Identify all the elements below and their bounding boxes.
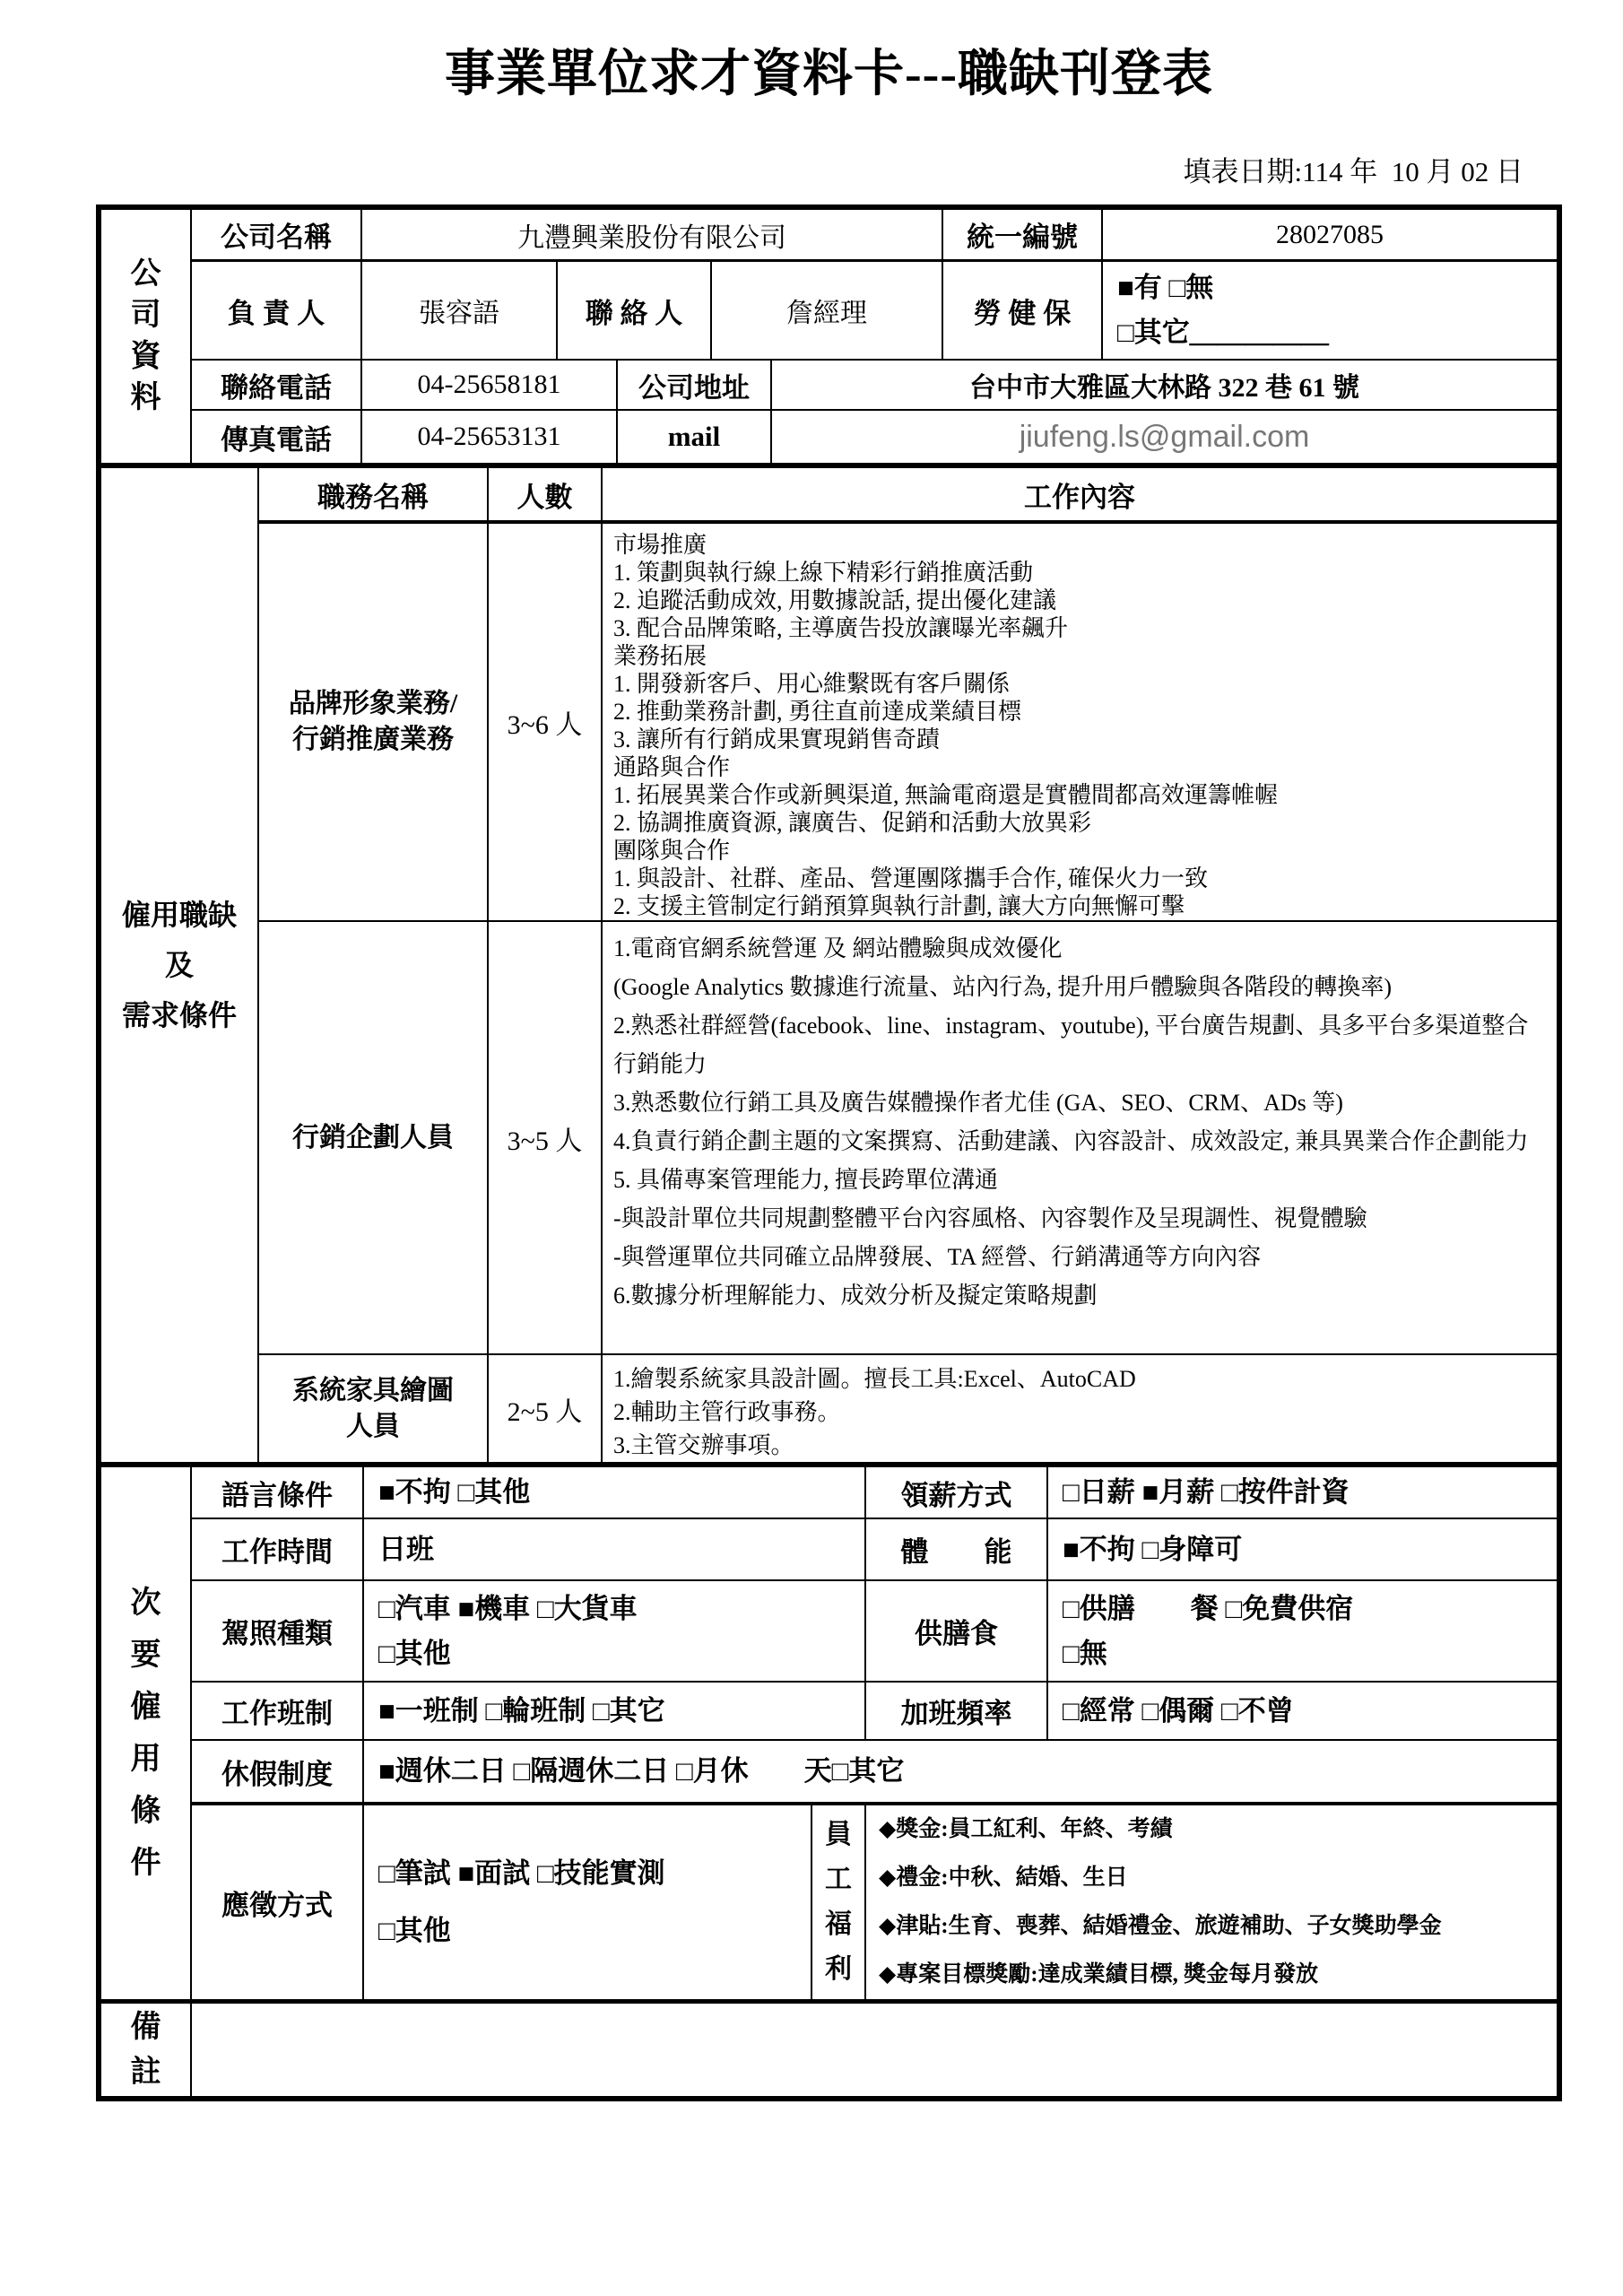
job-1-content: 市場推廣1. 策劃與執行線上線下精彩行銷推廣活動2. 追蹤活動成效, 用數據說話… <box>602 522 1557 921</box>
contact-value: 詹經理 <box>711 261 942 361</box>
content-line: 5. 具備專案管理能力, 擅長跨單位溝通 <box>613 1161 1548 1199</box>
content-line: 3. 配合品牌策略, 主導廣告投放讓曝光率飆升 <box>613 614 1548 642</box>
content-line: -與設計單位共同規劃整體平台內容風格、內容製作及呈現調性、視覺體驗 <box>613 1199 1548 1238</box>
content-line: 2. 協調推廣資源, 讓廣告、促銷和活動大放異彩 <box>613 809 1548 837</box>
meals-label: 供膳食 <box>865 1580 1047 1682</box>
content-line: ◆專案目標獎勵:達成業績目標, 獎金每月發放 <box>879 1951 1548 1999</box>
fax-value: 04-25653131 <box>361 410 617 463</box>
overtime-label: 加班頻率 <box>865 1682 1047 1740</box>
welfare-list: ◆獎金:員工紅利、年終、考績◆禮金:中秋、結婚、生日◆津貼:生育、喪葬、結婚禮金… <box>866 1805 1557 1999</box>
welfare-content: ◆獎金:員工紅利、年終、考績◆禮金:中秋、結婚、生日◆津貼:生育、喪葬、結婚禮金… <box>865 1804 1557 2002</box>
remarks-label: 備 註 <box>101 2002 191 2097</box>
owner-label: 負 責 人 <box>191 261 361 361</box>
content-line: 2. 支援主管制定行銷預算與執行計劃, 讓大方向無懈可擊 <box>613 892 1548 920</box>
content-line: 通路與合作 <box>613 753 1548 781</box>
form-frame: 公 司 資 料 公司名稱 九灃興業股份有限公司 統一編號 28027085 負 … <box>96 204 1562 2101</box>
job-1-name: 品牌形象業務/ 行銷推廣業務 <box>258 522 488 921</box>
content-line: ◆禮金:中秋、結婚、生日 <box>879 1854 1548 1902</box>
job-content-header: 工作內容 <box>602 468 1557 522</box>
headcount-header: 人數 <box>488 468 602 522</box>
job-1-headcount: 3~6 人 <box>488 522 602 921</box>
content-line: ◆津貼:生育、喪葬、結婚禮金、旅遊補助、子女獎助學金 <box>879 1902 1548 1951</box>
job-3-duty-list: 1.繪製系統家具設計圖。擅長工具:Excel、AutoCAD2.輔助主管行政事務… <box>603 1355 1557 1462</box>
company-name-value: 九灃興業股份有限公司 <box>361 210 942 261</box>
form-page: 事業單位求才資料卡---職缺刊登表 填表日期:114 年 10 月 02 日 公… <box>0 0 1623 2296</box>
content-line: 3. 讓所有行銷成果實現銷售奇蹟 <box>613 726 1548 753</box>
conditions-section-label: 次 要 僱 用 條 件 <box>101 1467 191 2002</box>
fax-label: 傳真電話 <box>191 410 361 463</box>
content-line: 1. 與設計、社群、產品、營運團隊攜手合作, 確保火力一致 <box>613 865 1548 892</box>
license-label: 駕照種類 <box>191 1580 363 1682</box>
pay-method-label: 領薪方式 <box>865 1467 1047 1518</box>
company-info-table: 公 司 資 料 公司名稱 九灃興業股份有限公司 統一編號 28027085 負 … <box>101 210 1557 463</box>
jobs-section-label: 僱用職缺 及 需求條件 <box>101 468 258 1462</box>
job-openings-table: 僱用職缺 及 需求條件 職務名稱 人數 工作內容 品牌形象業務/ 行銷推廣業務 … <box>101 468 1557 1462</box>
owner-value: 張容語 <box>361 261 557 361</box>
content-line: 3.熟悉數位行銷工具及廣告媒體操作者尤佳 (GA、SEO、CRM、ADs 等) <box>613 1083 1548 1122</box>
company-section-label: 公 司 資 料 <box>101 210 191 463</box>
content-line: 4.負責行銷企劃主題的文案撰寫、活動建議、內容設計、成效設定, 兼具異業合作企劃… <box>613 1122 1548 1161</box>
content-line: 2. 追蹤活動成效, 用數據說話, 提出優化建議 <box>613 587 1548 614</box>
leave-label: 休假制度 <box>191 1740 363 1804</box>
job-2-content: 1.電商官網系統營運 及 網站體驗與成效優化(Google Analytics … <box>602 921 1557 1354</box>
conditions-table: 次 要 僱 用 條 件 語言條件 ■不拘 □其他 領薪方式 □日薪 ■月薪 □按… <box>101 1467 1557 2096</box>
overtime-checkboxes: □經常 □偶爾 □不曾 <box>1047 1682 1557 1740</box>
mail-label: mail <box>617 410 771 463</box>
mail-value: jiufeng.ls@gmail.com <box>771 410 1557 463</box>
content-line: 市場推廣 <box>613 531 1548 559</box>
content-line: 2. 推動業務計劃, 勇往直前達成業績目標 <box>613 698 1548 726</box>
meals-checkboxes: □供膳 餐 □免費供宿 □無 <box>1047 1580 1557 1682</box>
physical-checkboxes: ■不拘 □身障可 <box>1047 1518 1557 1580</box>
content-line: (Google Analytics 數據進行流量、站內行為, 提升用戶體驗與各階… <box>613 968 1548 1006</box>
shift-checkboxes: ■一班制 □輪班制 □其它 <box>363 1682 865 1740</box>
physical-label: 體 能 <box>865 1518 1047 1580</box>
address-label: 公司地址 <box>617 360 771 410</box>
content-line: 2.輔助主管行政事務。 <box>613 1396 1548 1429</box>
leave-checkboxes: ■週休二日 □隔週休二日 □月休 天□其它 <box>363 1740 1557 1804</box>
job-2-duty-list: 1.電商官網系統營運 及 網站體驗與成效優化(Google Analytics … <box>603 922 1557 1315</box>
work-hours-value: 日班 <box>363 1518 865 1580</box>
job-3-content: 1.繪製系統家具設計圖。擅長工具:Excel、AutoCAD2.輔助主管行政事務… <box>602 1354 1557 1462</box>
insurance-checkboxes: ■有 □無 □其它＿＿＿＿＿ <box>1102 261 1557 361</box>
fill-date: 填表日期:114 年 10 月 02 日 <box>96 149 1523 189</box>
pay-method-checkboxes: □日薪 ■月薪 □按件計資 <box>1047 1467 1557 1518</box>
tax-id-label: 統一編號 <box>942 210 1102 261</box>
form-title: 事業單位求才資料卡---職缺刊登表 <box>96 34 1562 106</box>
contact-label: 聯 絡 人 <box>557 261 711 361</box>
apply-method-label: 應徵方式 <box>191 1804 363 2002</box>
company-name-label: 公司名稱 <box>191 210 361 261</box>
license-checkboxes: □汽車 ■機車 □大貨車 □其他 <box>363 1580 865 1682</box>
content-line: 2.熟悉社群經營(facebook、line、instagram、youtube… <box>613 1006 1548 1083</box>
content-line: 1. 開發新客戶、用心維繫既有客戶關係 <box>613 670 1548 698</box>
content-line: 1.電商官網系統營運 及 網站體驗與成效優化 <box>613 929 1548 968</box>
language-checkboxes: ■不拘 □其他 <box>363 1467 865 1518</box>
content-line: 1. 策劃與執行線上線下精彩行銷推廣活動 <box>613 559 1548 587</box>
apply-method-checkboxes: □筆試 ■面試 □技能實測 □其他 <box>363 1804 811 2002</box>
address-value: 台中市大雅區大林路 322 巷 61 號 <box>771 360 1557 410</box>
shift-label: 工作班制 <box>191 1682 363 1740</box>
job-2-headcount: 3~5 人 <box>488 921 602 1354</box>
phone-value: 04-25658181 <box>361 360 617 410</box>
insurance-label: 勞 健 保 <box>942 261 1102 361</box>
content-line: -與營運單位共同確立品牌發展、TA 經營、行銷溝通等方向內容 <box>613 1238 1548 1276</box>
job-3-name: 系統家具繪圖 人員 <box>258 1354 488 1462</box>
work-hours-label: 工作時間 <box>191 1518 363 1580</box>
job-2-name: 行銷企劃人員 <box>258 921 488 1354</box>
tax-id-value: 28027085 <box>1102 210 1557 261</box>
content-line: 6.數據分析理解能力、成效分析及擬定策略規劃 <box>613 1276 1548 1315</box>
content-line: 業務拓展 <box>613 642 1548 670</box>
content-line: 團隊與合作 <box>613 837 1548 865</box>
remarks-content <box>191 2002 1557 2097</box>
job-3-headcount: 2~5 人 <box>488 1354 602 1462</box>
content-line: 3.主管交辦事項。 <box>613 1429 1548 1462</box>
job-title-header: 職務名稱 <box>258 468 488 522</box>
language-label: 語言條件 <box>191 1467 363 1518</box>
job-1-duty-list: 市場推廣1. 策劃與執行線上線下精彩行銷推廣活動2. 追蹤活動成效, 用數據說話… <box>603 524 1557 920</box>
content-line: 1.繪製系統家具設計圖。擅長工具:Excel、AutoCAD <box>613 1362 1548 1396</box>
welfare-label: 員 工 福 利 <box>811 1804 865 2002</box>
content-line: ◆獎金:員工紅利、年終、考績 <box>879 1805 1548 1854</box>
content-line: 1. 拓展異業合作或新興渠道, 無論電商還是實體間都高效運籌帷幄 <box>613 781 1548 809</box>
phone-label: 聯絡電話 <box>191 360 361 410</box>
